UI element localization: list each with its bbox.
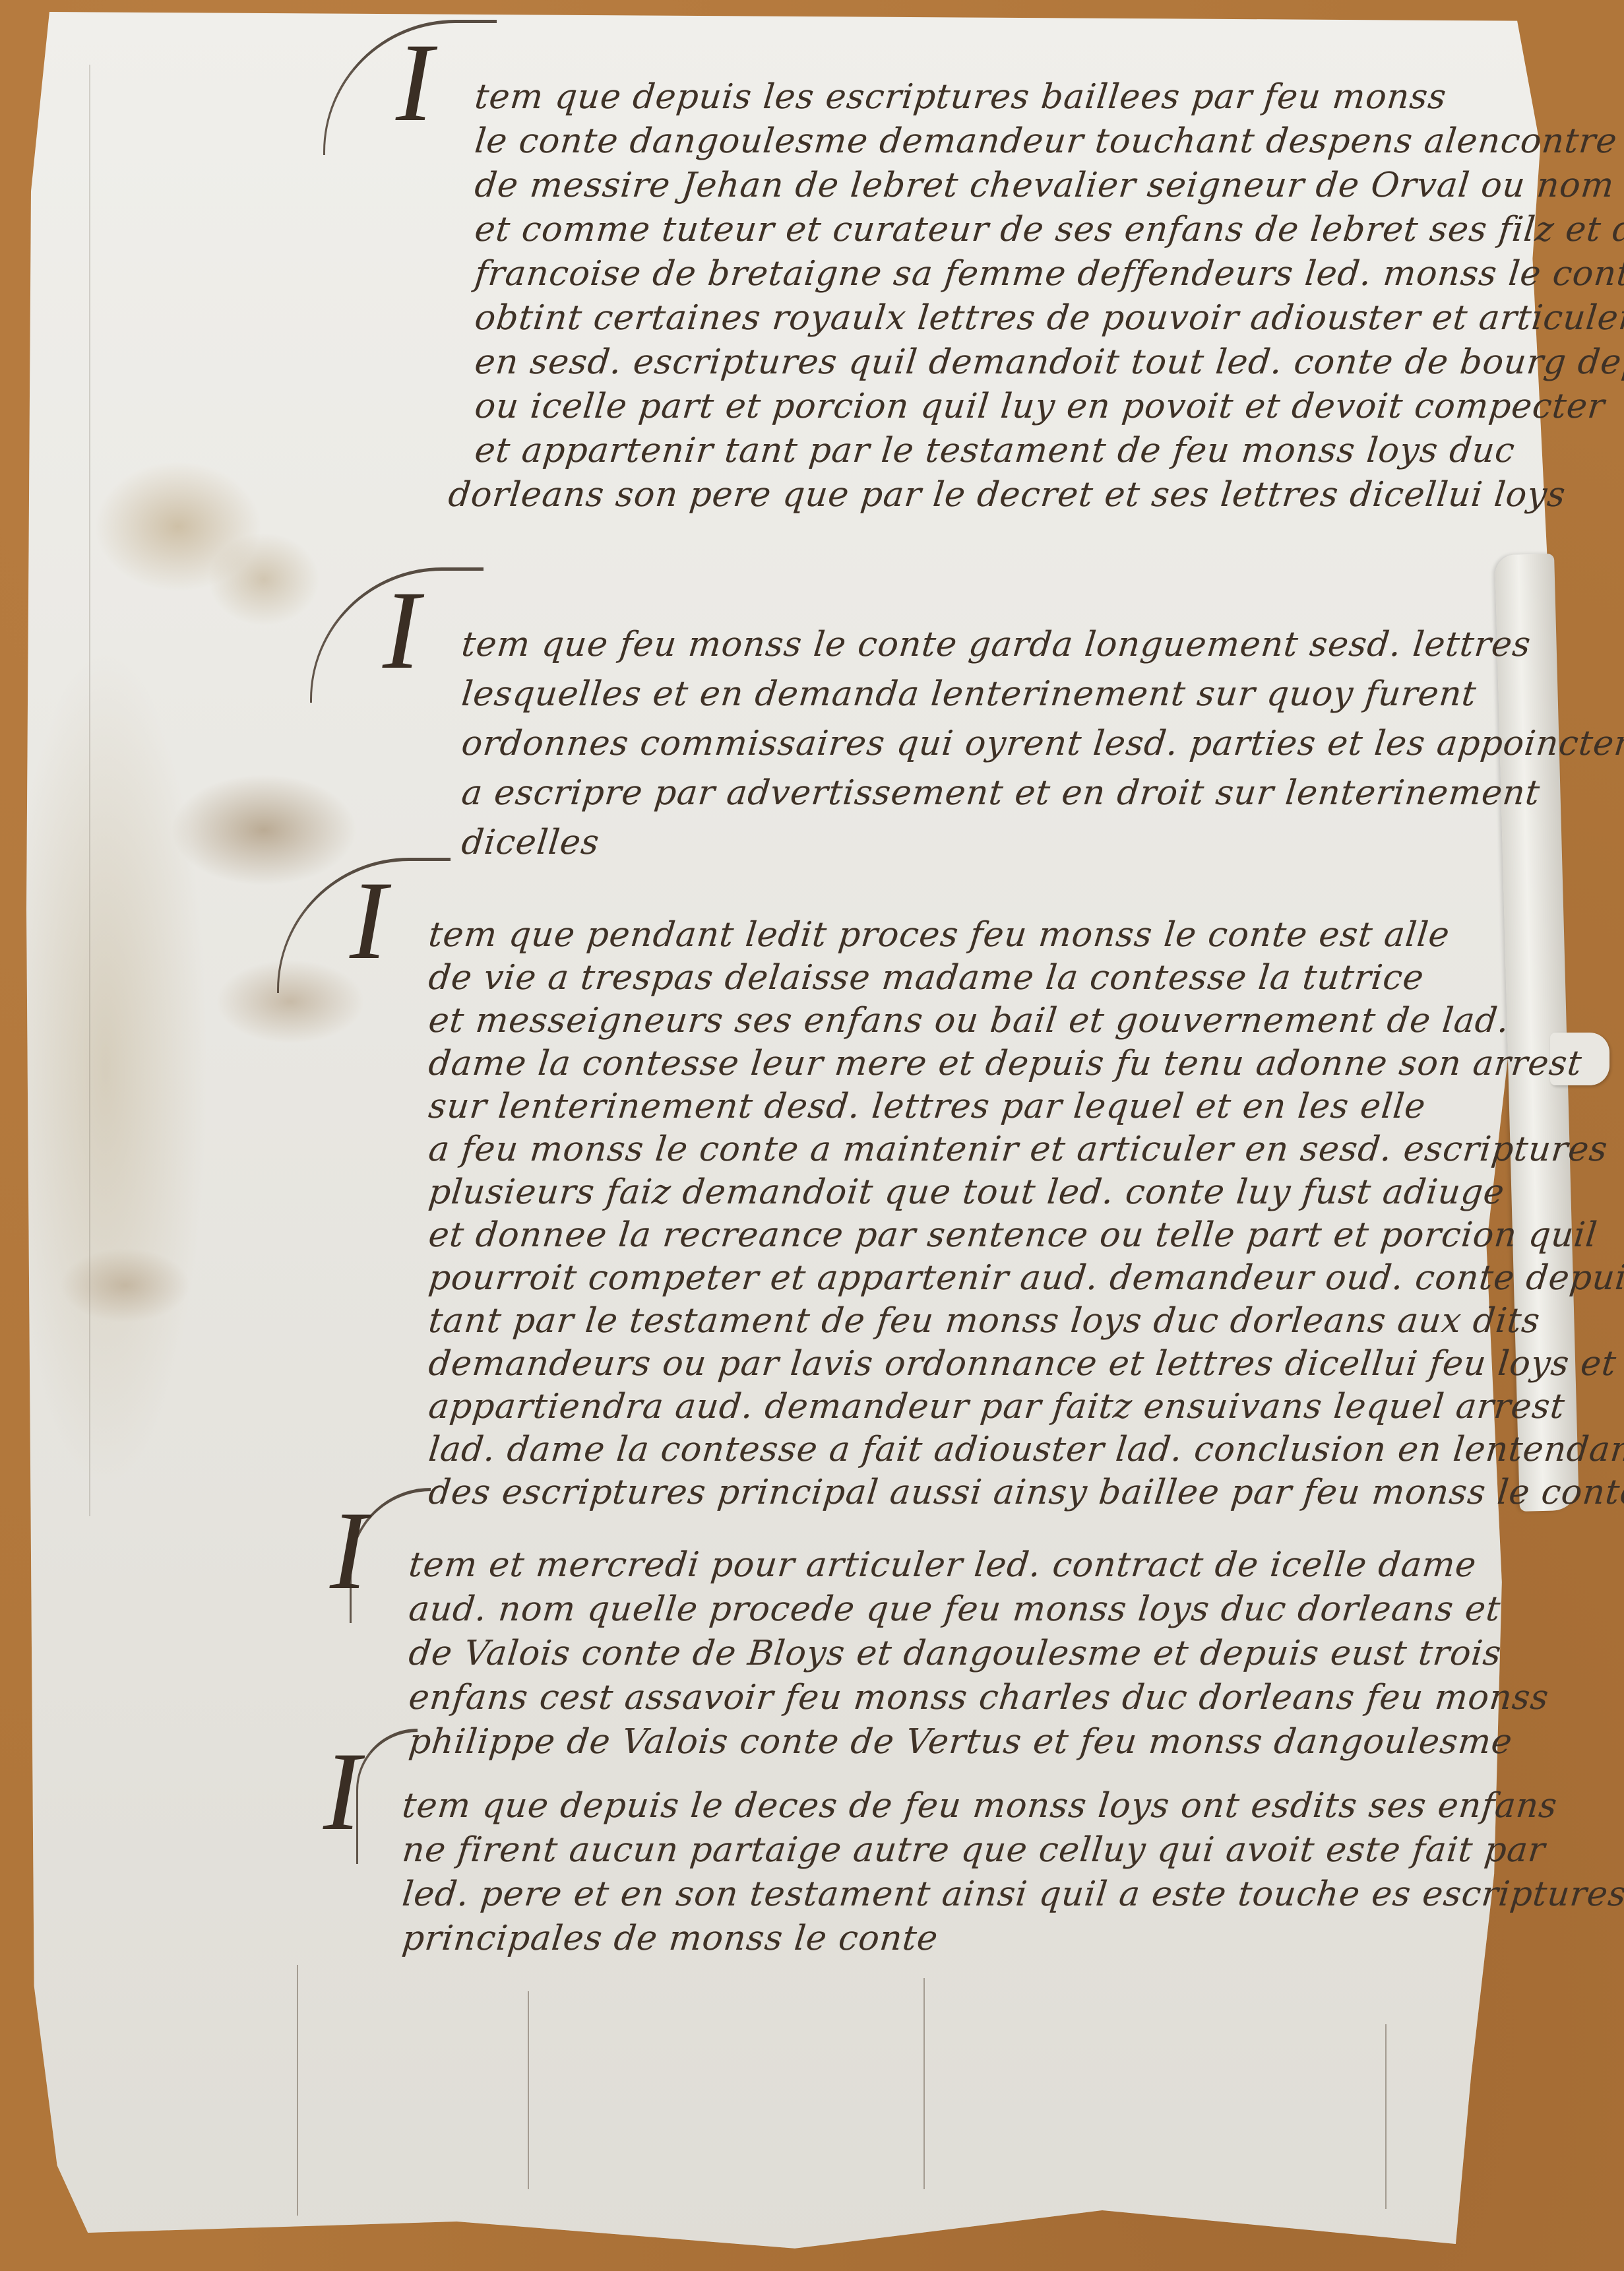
text-line: philippe de Valois conte de Vertus et fe…	[406, 1711, 1552, 1774]
decorated-initial: I	[330, 1494, 367, 1607]
decorated-initial: I	[323, 1735, 361, 1847]
paragraph-item-2: I tem que feu monss le conte garda longu…	[462, 614, 1624, 874]
page-crease	[528, 1991, 529, 2189]
decorated-initial: I	[396, 26, 433, 139]
page-crease	[923, 1978, 925, 2189]
page-crease	[1385, 2024, 1387, 2209]
margin-fold-line	[89, 65, 90, 1516]
decorated-initial: I	[383, 574, 420, 686]
paragraph-item-4: I tem et mercredi pour articuler led. co…	[409, 1534, 1549, 1774]
page-crease	[297, 1965, 298, 2216]
decorated-initial: I	[350, 864, 387, 976]
text-line: dorleans son pere que par le decret et s…	[445, 464, 1624, 527]
paragraph-item-1: I tem que depuis les escriptures baillee…	[475, 66, 1624, 527]
paragraph-item-5: I tem que depuis le deces de feu monss l…	[402, 1775, 1624, 1970]
text-line: dicelles	[458, 812, 1624, 874]
text-line: principales de monss le conte	[399, 1907, 1624, 1970]
paragraph-item-3: I tem que pendant ledit proces feu monss…	[429, 904, 1624, 1524]
text-line: des escriptures principal aussi ainsy ba…	[425, 1461, 1624, 1524]
